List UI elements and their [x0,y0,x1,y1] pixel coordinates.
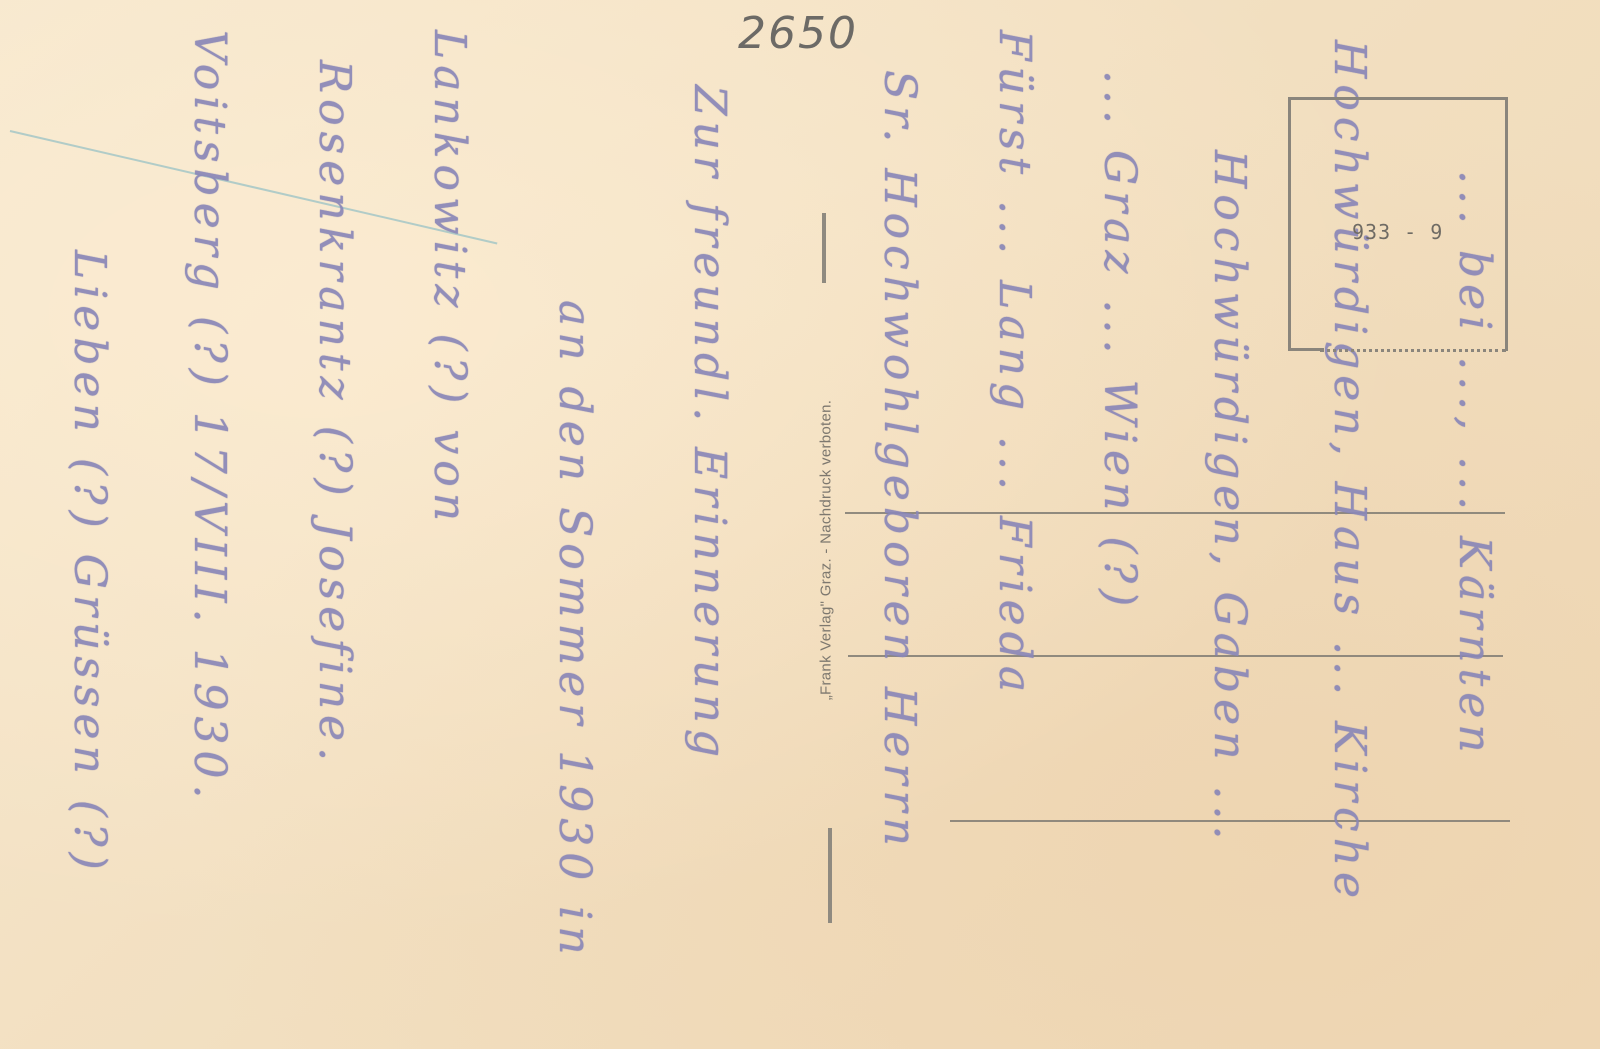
publisher-imprint: „Frank Verlag" Graz. - Nachdruck verbote… [818,400,835,701]
message-line-2: Voitsberg (?) 17/VIII. 1930. [184,30,235,805]
address-line-text-2: Fürst ... Lang ... Frieda [989,30,1040,698]
message-line-5: an den Sommer 1930 in [549,300,600,961]
message-line-4: Lankowitz (?) von [424,30,475,527]
address-line-text-3: ... Graz ... Wien (?) [1094,70,1145,612]
address-line-text-1: Sr. Hochwohlgeboren Herrn [874,70,925,852]
postcard-back: 2650 Lieben (?) Grüssen (?) Voitsberg (?… [0,0,1600,1049]
message-line-6: Zur freundl. Erinnerung [684,85,735,763]
divider-line-top [822,213,826,283]
stamp-box-dotted-edge [1320,349,1506,352]
pencil-inventory-number: 2650 [738,8,858,59]
address-line-text-4: Hochwürdigen, Gaben ... [1204,150,1255,846]
address-line-1 [845,512,1505,514]
message-line-3: Rosenkrantz (?) Josefine. [309,60,360,767]
message-line-1: Lieben (?) Grüssen (?) [64,250,115,876]
stamp-box-number: 933 - 9 [1352,220,1443,244]
divider-line-bottom [828,828,832,923]
address-line-2 [848,655,1503,657]
